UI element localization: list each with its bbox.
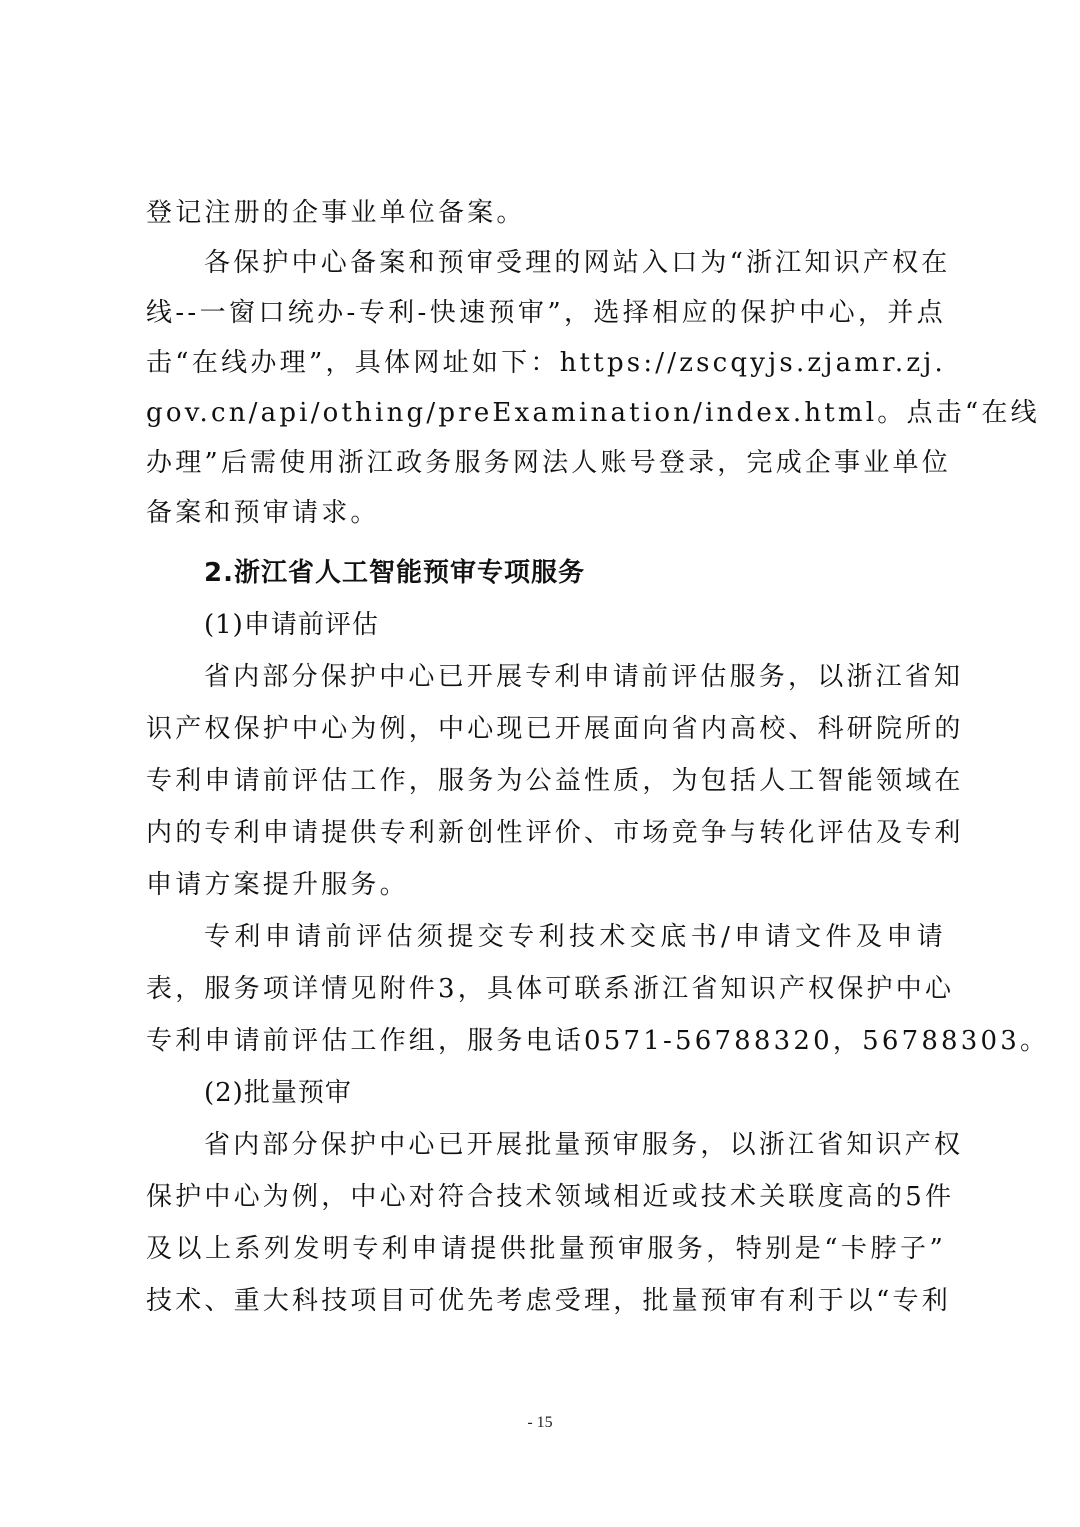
paragraph-line: 申请方案提升服务。 [146,868,946,902]
paragraph-line: 备案和预审请求。 [146,496,946,530]
paragraph-line: 识产权保护中心为例，中心现已开展面向省内高校、科研院所的 [146,712,946,746]
paragraph-line: 省内部分保护中心已开展专利申请前评估服务，以浙江省知 [146,660,946,694]
paragraph-line: 登记注册的企事业单位备案。 [146,196,946,230]
paragraph-line: 专利申请前评估工作组，服务电话0571-56788320，56788303。 [146,1024,946,1058]
paragraph-line: 保护中心为例，中心对符合技术领域相近或技术关联度高的5件 [146,1180,946,1214]
paragraph-line: 线--一窗口统办-专利-快速预审”，选择相应的保护中心，并点 [146,296,946,330]
paragraph-line: 各保护中心备案和预审受理的网站入口为“浙江知识产权在 [146,246,946,280]
paragraph-line: 省内部分保护中心已开展批量预审服务，以浙江省知识产权 [146,1128,946,1162]
paragraph-line: 击“在线办理”，具体网址如下：https://zscqyjs.zjamr.zj. [146,346,946,380]
paragraph-line: 表，服务项详情见附件3，具体可联系浙江省知识产权保护中心 [146,972,946,1006]
page-number: - 15 [0,1414,1080,1432]
paragraph-line: 专利申请前评估须提交专利技术交底书/申请文件及申请 [146,920,946,954]
paragraph-line: 办理”后需使用浙江政务服务网法人账号登录，完成企事业单位 [146,446,946,480]
paragraph-line: gov.cn/api/othing/preExamination/index.h… [146,396,946,430]
section-heading: 2.浙江省人工智能预审专项服务 [146,556,946,590]
subsection-heading: (1)申请前评估 [146,608,946,642]
paragraph-line: 及以上系列发明专利申请提供批量预审服务，特别是“卡脖子” [146,1232,946,1266]
subsection-heading: (2)批量预审 [146,1076,946,1110]
paragraph-line: 技术、重大科技项目可优先考虑受理，批量预审有利于以“专利 [146,1284,946,1318]
paragraph-line: 内的专利申请提供专利新创性评价、市场竞争与转化评估及专利 [146,816,946,850]
paragraph-line: 专利申请前评估工作，服务为公益性质，为包括人工智能领域在 [146,764,946,798]
